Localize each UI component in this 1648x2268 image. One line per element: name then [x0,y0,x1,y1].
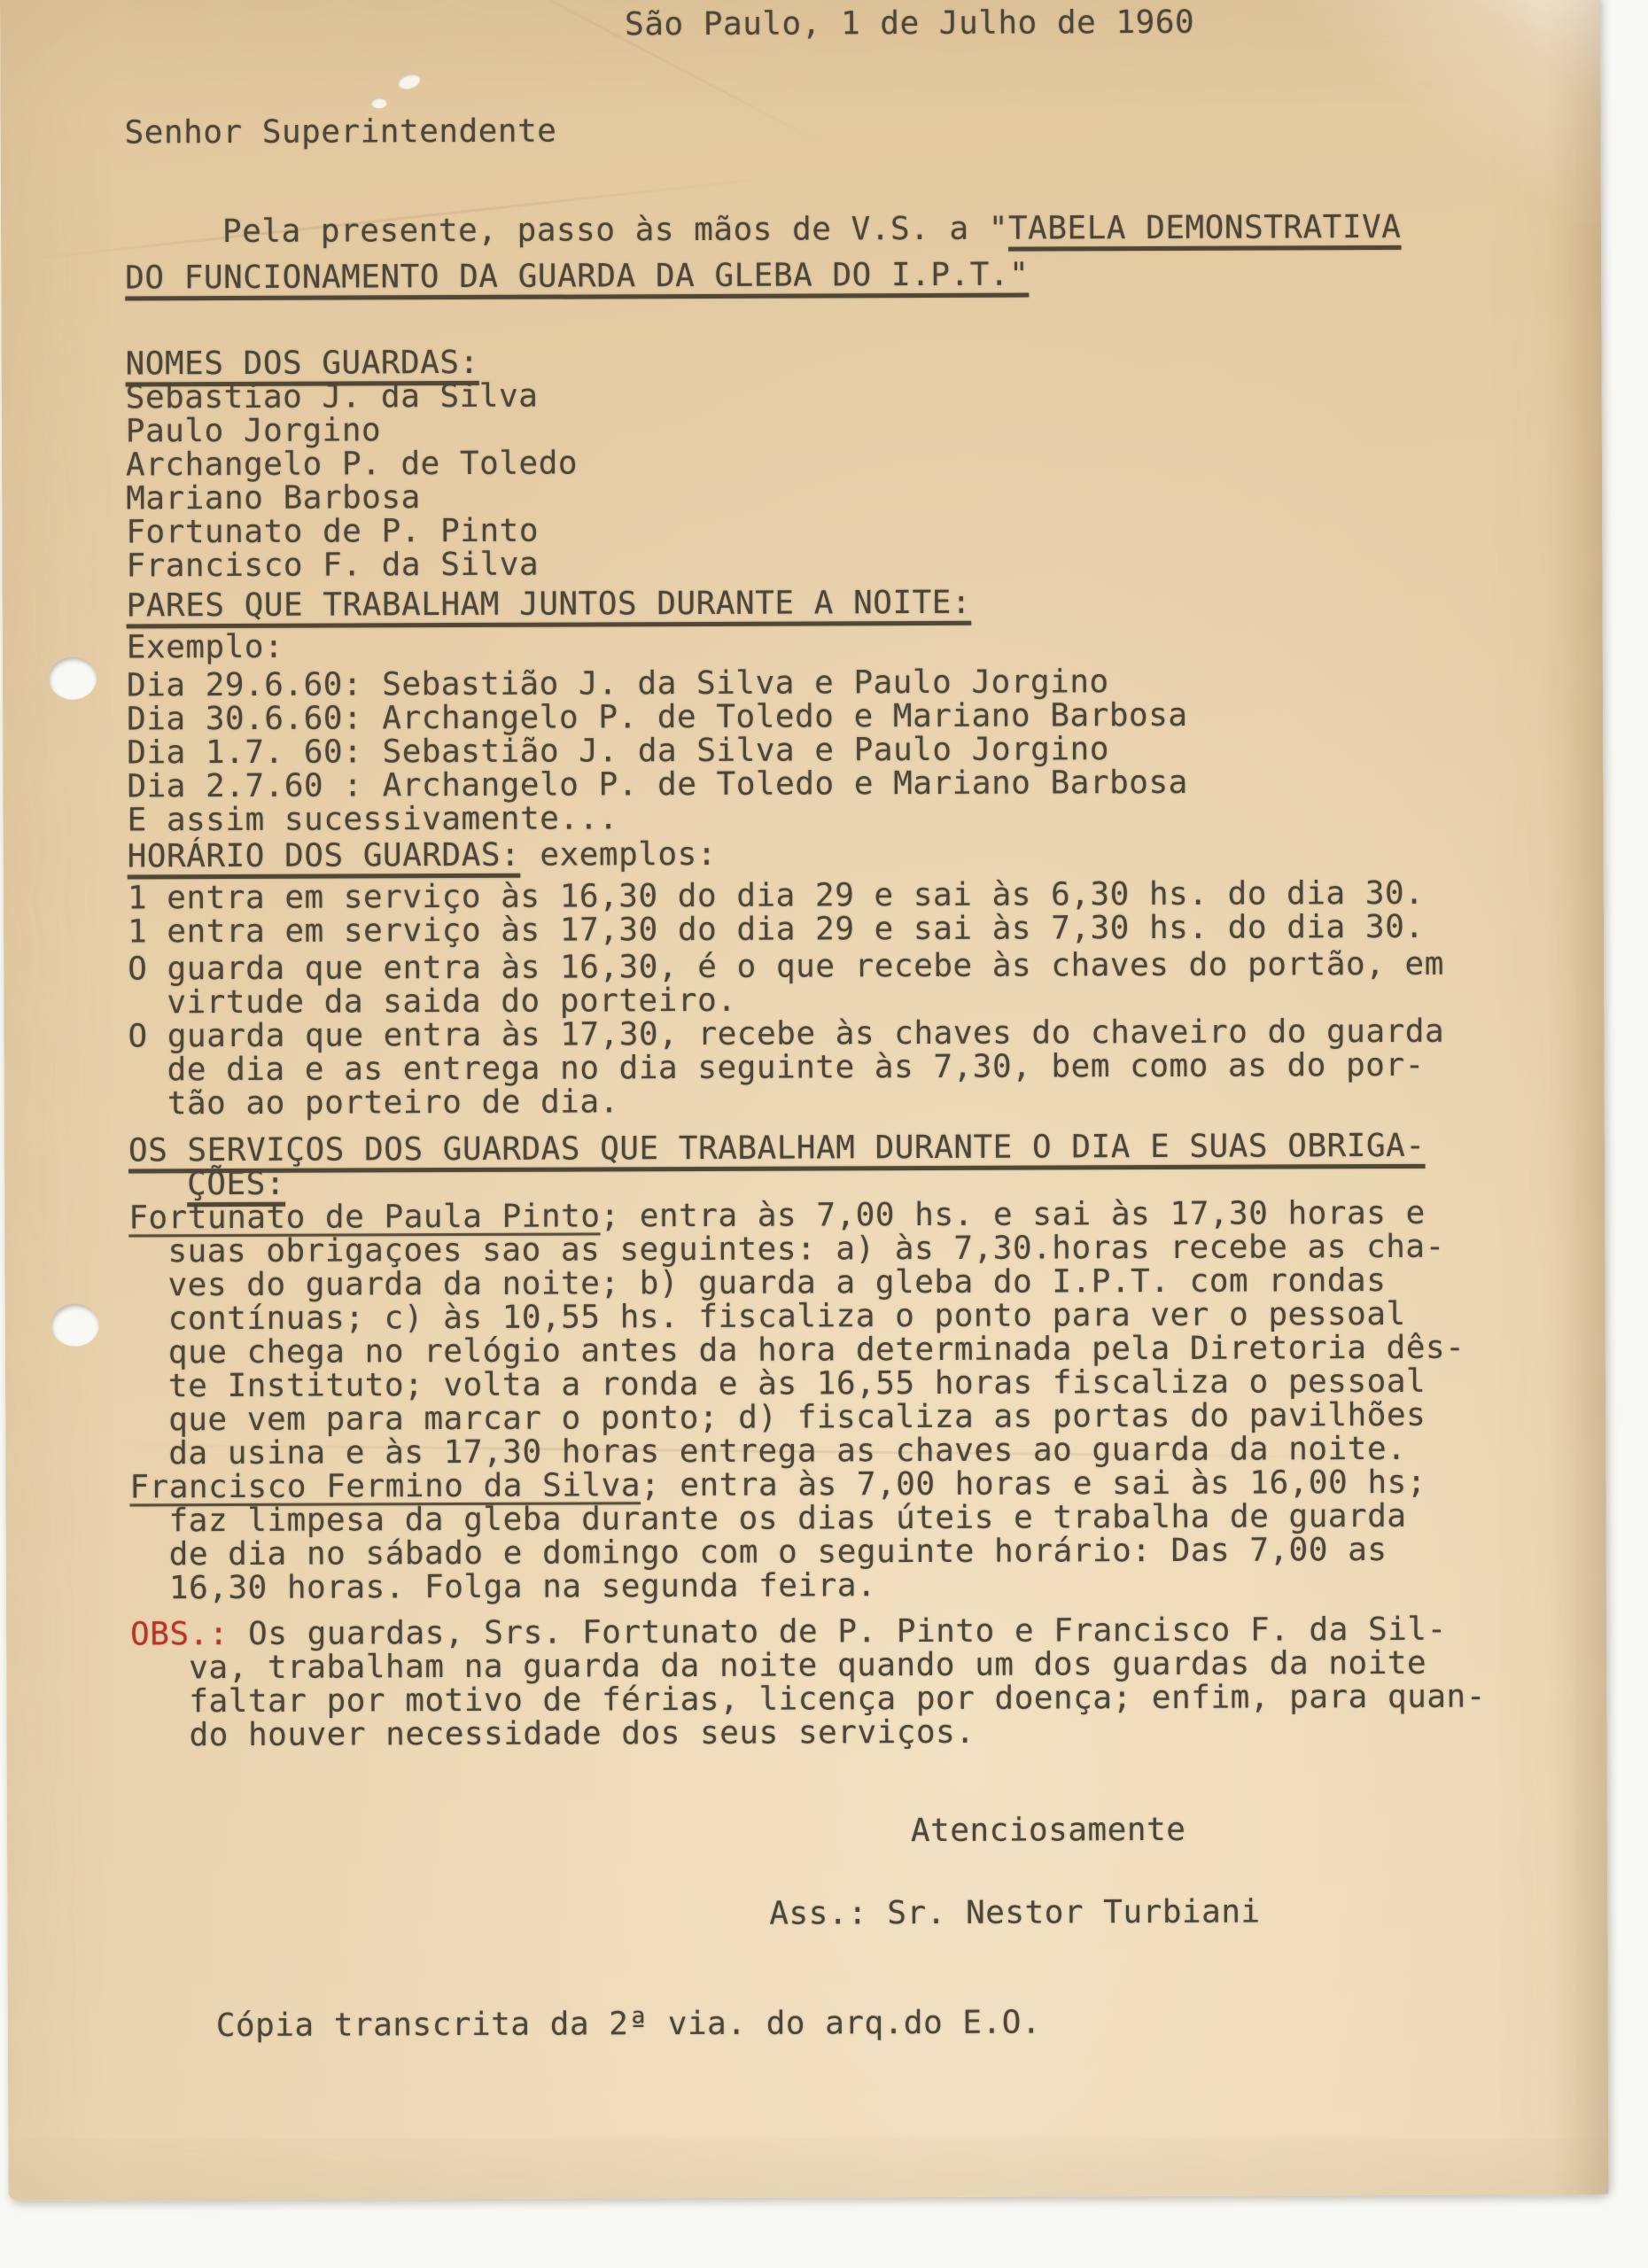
services-section-heading-1: OS SERVIÇOS DOS GUARDAS QUE TRABALHAM DU… [128,1129,1528,1168]
punch-hole-top [49,657,97,700]
date-line: São Paulo, 1 de Julho de 1960 [625,4,1524,42]
obs-paragraph-line: do houver necessidade dos seus serviços. [130,1713,1530,1752]
guard-name: Fortunato de P. Pinto [126,510,1526,549]
salutation: Senhor Superintendente [125,111,1525,150]
obs-label: OBS.: [130,1616,229,1652]
pair-schedule-line: Dia 2.7.60 : Archangelo P. de Toledo e M… [127,765,1527,804]
signature-line: Ass.: Sr. Nestor Turbiani [769,1894,1531,1930]
guard-name: Sebastiao J. da Silva [126,376,1526,415]
fortunato-name: Fortunato de Paula Pinto [128,1198,600,1236]
letter-body: São Paulo, 1 de Julho de 1960 Senhor Sup… [124,4,1532,2043]
francisco-name: Francisco Fermino da Silva [129,1467,641,1505]
pair-schedule-line: Dia 30.6.60: Archangelo P. de Toledo e M… [127,697,1527,736]
pairs-etc-line: E assim sucessivamente... [127,798,1527,837]
hours-line: tão ao porteiro de dia. [128,1082,1528,1121]
example-label: Exemplo: [127,625,1527,664]
obs-paragraph-line: faltar por motivo de férias, licença por… [130,1680,1530,1719]
pairs-section-heading: PARES QUE TRABALHAM JUNTOS DURANTE A NOI… [127,584,1527,623]
guard-name: Francisco F. da Silva [126,544,1526,583]
punch-hole-bottom [51,1304,99,1347]
intro-line-1: Pela presente, passo às mãos de V.S. a "… [222,210,1525,249]
document-page: São Paulo, 1 de Julho de 1960 Senhor Sup… [0,0,1609,2201]
intro-title-part-2: DO FUNCIONAMENTO DA GUARDA DA GLEBA DO I… [125,257,1029,297]
hours-line: O guarda que entra às 16,30, é o que rec… [128,947,1528,986]
guard-name: Archangelo P. de Toledo [126,443,1526,482]
hours-section-heading: HORÁRIO DOS GUARDAS: exemplos: [128,835,1528,874]
francisco-paragraph-line: 16,30 horas. Folga na segunda feira. [130,1566,1530,1605]
closing-regards: Atenciosamente [911,1812,1531,1848]
intro-title-part-1: TABELA DEMONSTRATIVA [1008,209,1402,247]
francisco-paragraph-line: de dia no sábado e domingo com o seguint… [130,1533,1530,1572]
footnote-line: Cópia transcrita da 2ª via. do arq.do E.… [216,2004,1532,2043]
guards-section-heading: NOMES DOS GUARDAS: [126,342,1526,381]
paper-edge-shading [1543,0,1609,2194]
hours-line: de dia e as entrega no dia seguinte às 7… [128,1048,1528,1087]
pair-schedule-line: Dia 1.7. 60: Sebastião J. da Silva e Pau… [127,731,1527,770]
pair-schedule-line: Dia 29.6.60: Sebastião J. da Silva e Pau… [127,664,1527,703]
hours-line: 1 entra em serviço às 17,30 do dia 29 e … [128,910,1528,949]
guard-name: Paulo Jorgino [126,409,1526,448]
intro-line-1-text: Pela presente, passo às mãos de V.S. a " [222,211,1008,250]
hours-heading-suffix: exemplos: [520,836,717,874]
guard-name: Mariano Barbosa [126,477,1526,516]
intro-line-2: DO FUNCIONAMENTO DA GUARDA DA GLEBA DO I… [125,256,1525,295]
